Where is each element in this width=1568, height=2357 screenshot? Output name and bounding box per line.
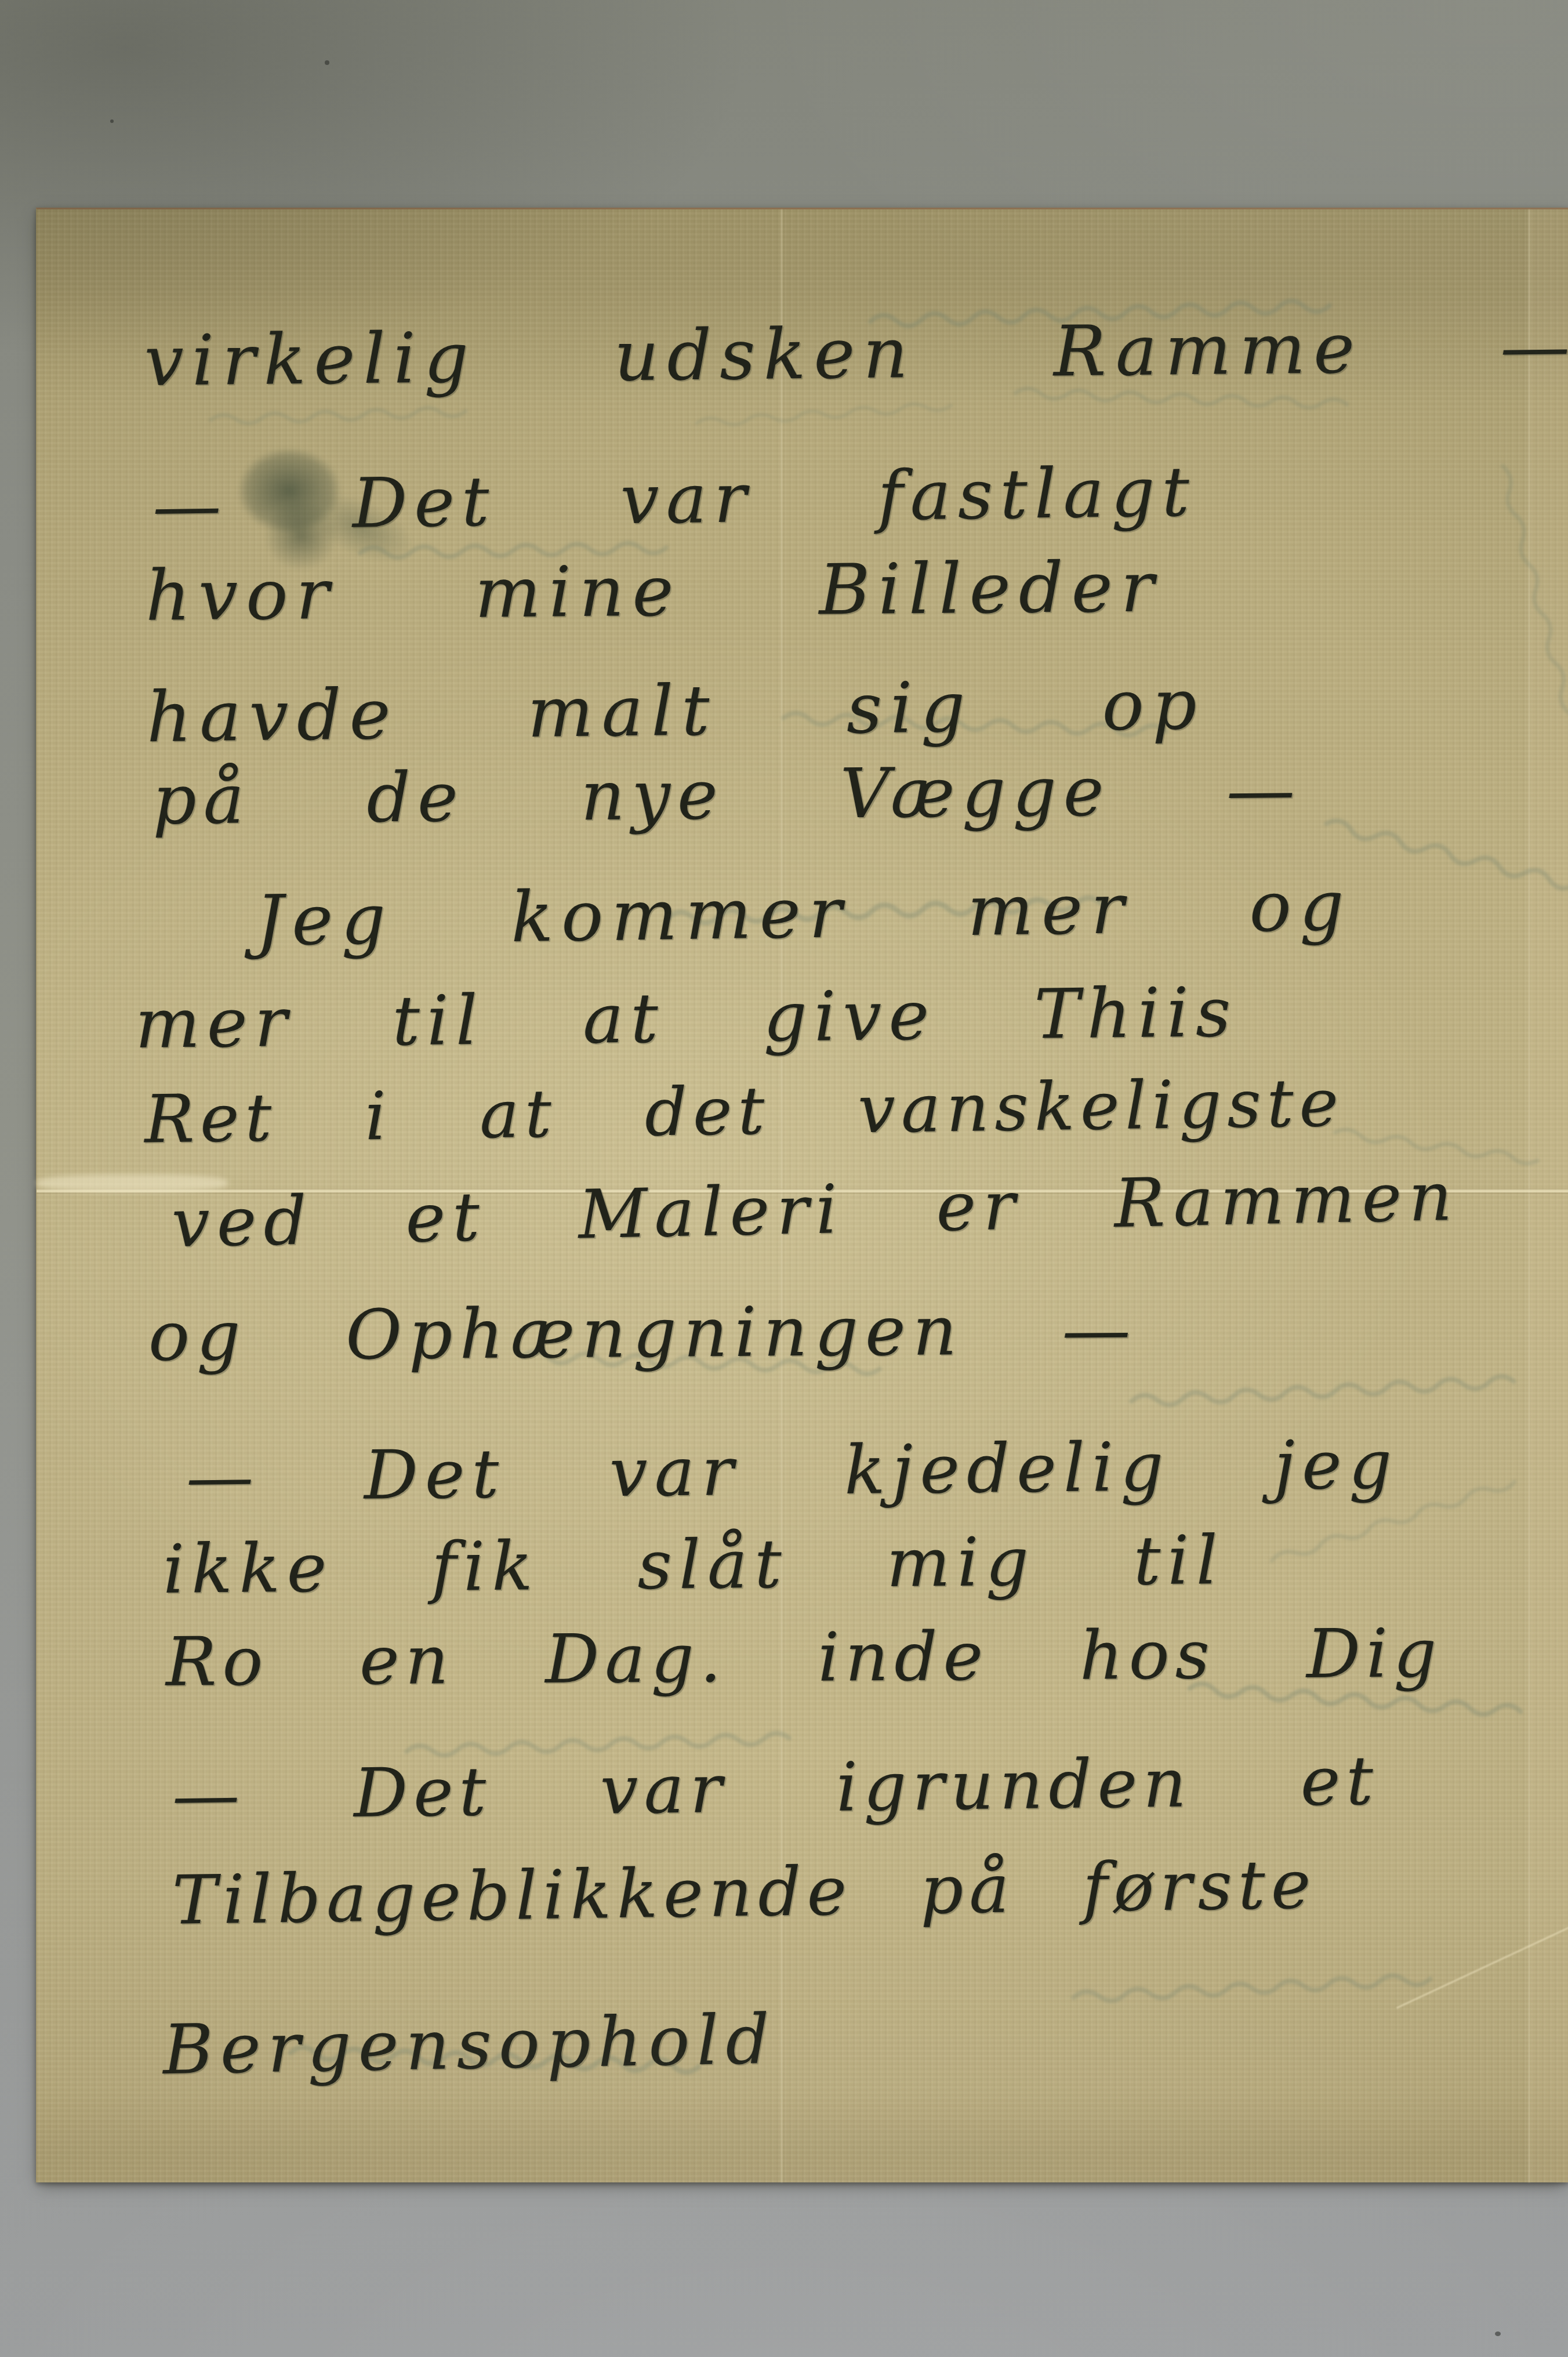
handwriting-line: hvor mine Billeder xyxy=(146,553,1163,631)
handwriting-line: — Det var igrunden et xyxy=(172,1747,1379,1829)
vertical-fold-crease xyxy=(1528,209,1530,2182)
ink-bleedthrough xyxy=(1131,1366,1491,1418)
handwriting-line: på de nye Vægge — xyxy=(153,755,1302,833)
handwriting-line: og Ophængningen — xyxy=(148,1295,1138,1370)
handwriting-line: havde malt sig op xyxy=(146,670,1205,753)
handwriting-line: — Det var fastlagt xyxy=(152,457,1196,540)
ink-bleedthrough xyxy=(210,397,455,436)
handwriting-line: ikke fik slåt mig til xyxy=(163,1527,1225,1604)
ink-bleedthrough xyxy=(696,392,941,437)
ink-bleedthrough xyxy=(1073,1964,1410,2014)
dust-speck xyxy=(1495,2331,1501,2336)
letter-photograph: virkelig udsken Ramme — — Det var fastla… xyxy=(0,0,1568,2357)
handwriting-line: Tilbageblikkende på første xyxy=(172,1851,1317,1935)
handwriting-line: mer til at give Thiis xyxy=(135,978,1237,1058)
handwriting-line: Ret i at det vanskeligste xyxy=(144,1070,1344,1153)
handwriting-line: Jeg kommer mer og xyxy=(255,872,1352,956)
dust-speck xyxy=(110,119,114,123)
paper-fold-panel xyxy=(1529,209,1568,2182)
dust-speck xyxy=(325,60,329,65)
letter-page: virkelig udsken Ramme — — Det var fastla… xyxy=(36,208,1568,2182)
handwriting-line: Ro en Dag. inde hos Dig xyxy=(166,1620,1443,1696)
handwriting-line: — Det var kjedelig jeg xyxy=(186,1431,1399,1511)
handwriting-line: ved et Maleri er Rammen xyxy=(171,1163,1460,1257)
handwriting-line: Bergensophold xyxy=(162,2005,777,2084)
handwriting-line: virkelig udsken Ramme — xyxy=(144,312,1568,397)
